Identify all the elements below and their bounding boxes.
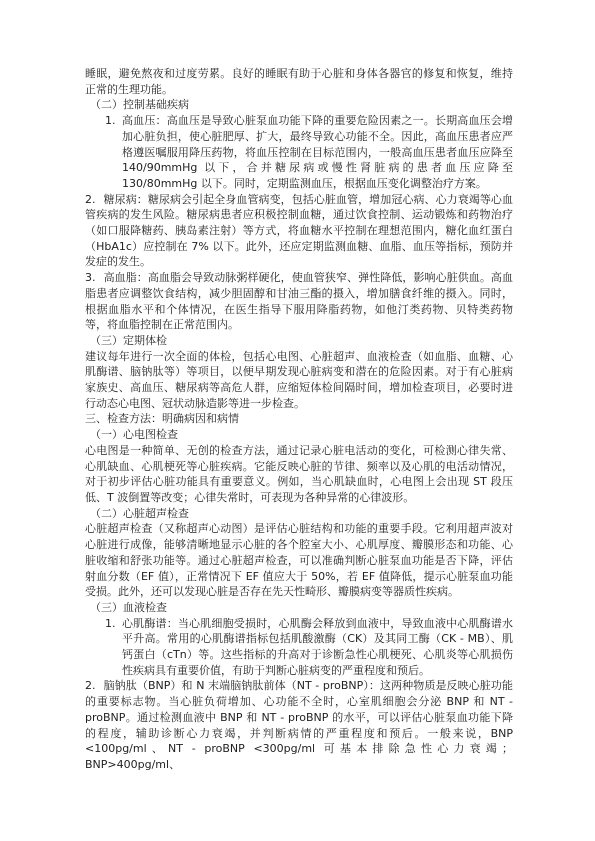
list-item: 3.高血脂：高血脂会导致动脉粥样硬化，使血管狭窄、弹性降低，影响心脏供血。高血脂…	[85, 270, 513, 333]
list-item-number: 3.	[85, 271, 104, 284]
paragraph: 心电图是一种简单、无创的检查方法，通过记录心脏电活动的变化，可检测心律失常、心肌…	[85, 443, 513, 506]
paragraph: 建议每年进行一次全面的体检，包括心电图、心脏超声、血液检查（如血脂、血糖、心肌酶…	[85, 349, 513, 412]
list-item-text: 心肌酶谱：当心肌细胞受损时，心肌酶会释放到血液中，导致血液中心肌酶谱水平升高。常…	[122, 617, 513, 677]
list-item-number: 2.	[85, 193, 104, 206]
list-item-text: 糖尿病：糖尿病会引起全身血管病变，包括心脏血管，增加冠心病、心力衰竭等心血管疾病…	[85, 193, 513, 269]
list-item-text: 脑钠肽（BNP）和 N 末端脑钠肽前体（NT - proBNP）：这两种物质是反…	[85, 679, 513, 771]
list-item: 2.糖尿病：糖尿病会引起全身血管病变，包括心脏血管，增加冠心病、心力衰竭等心血管…	[85, 192, 513, 271]
list-item: 2.脑钠肽（BNP）和 N 末端脑钠肽前体（NT - proBNP）：这两种物质…	[85, 678, 513, 772]
document-page: 睡眠，避免熬夜和过度劳累。良好的睡眠有助于心脏和身体各器官的修复和恢复，维持正常…	[0, 0, 595, 841]
section-heading: 三、检查方法：明确病因和病情	[85, 411, 513, 427]
section-heading: （二）心脏超声检查	[85, 506, 513, 522]
list-item-number: 1.	[105, 113, 116, 129]
section-heading: （三）血液检查	[85, 600, 513, 616]
section-heading: （三）定期体检	[85, 333, 513, 349]
section-heading: （一）心电图检查	[85, 427, 513, 443]
paragraph: 睡眠，避免熬夜和过度劳累。良好的睡眠有助于心脏和身体各器官的修复和恢复，维持正常…	[85, 66, 513, 97]
list-item-number: 2.	[85, 679, 104, 692]
list-item-number: 1.	[105, 616, 116, 632]
list-item-text: 高血脂：高血脂会导致动脉粥样硬化，使血管狭窄、弹性降低，影响心脏供血。高血脂患者…	[85, 271, 513, 331]
section-heading: （二）控制基础疾病	[85, 97, 513, 113]
list-item-text: 高血压：高血压是导致心脏泵血功能下降的重要危险因素之一。长期高血压会增加心脏负担…	[122, 114, 513, 190]
list-item: 1.高血压：高血压是导致心脏泵血功能下降的重要危险因素之一。长期高血压会增加心脏…	[85, 113, 513, 192]
paragraph: 心脏超声检查（又称超声心动图）是评估心脏结构和功能的重要手段。它利用超声波对心脏…	[85, 521, 513, 600]
list-item: 1.心肌酶谱：当心肌细胞受损时，心肌酶会释放到血液中，导致血液中心肌酶谱水平升高…	[85, 616, 513, 679]
document-body: 睡眠，避免熬夜和过度劳累。良好的睡眠有助于心脏和身体各器官的修复和恢复，维持正常…	[85, 66, 513, 773]
